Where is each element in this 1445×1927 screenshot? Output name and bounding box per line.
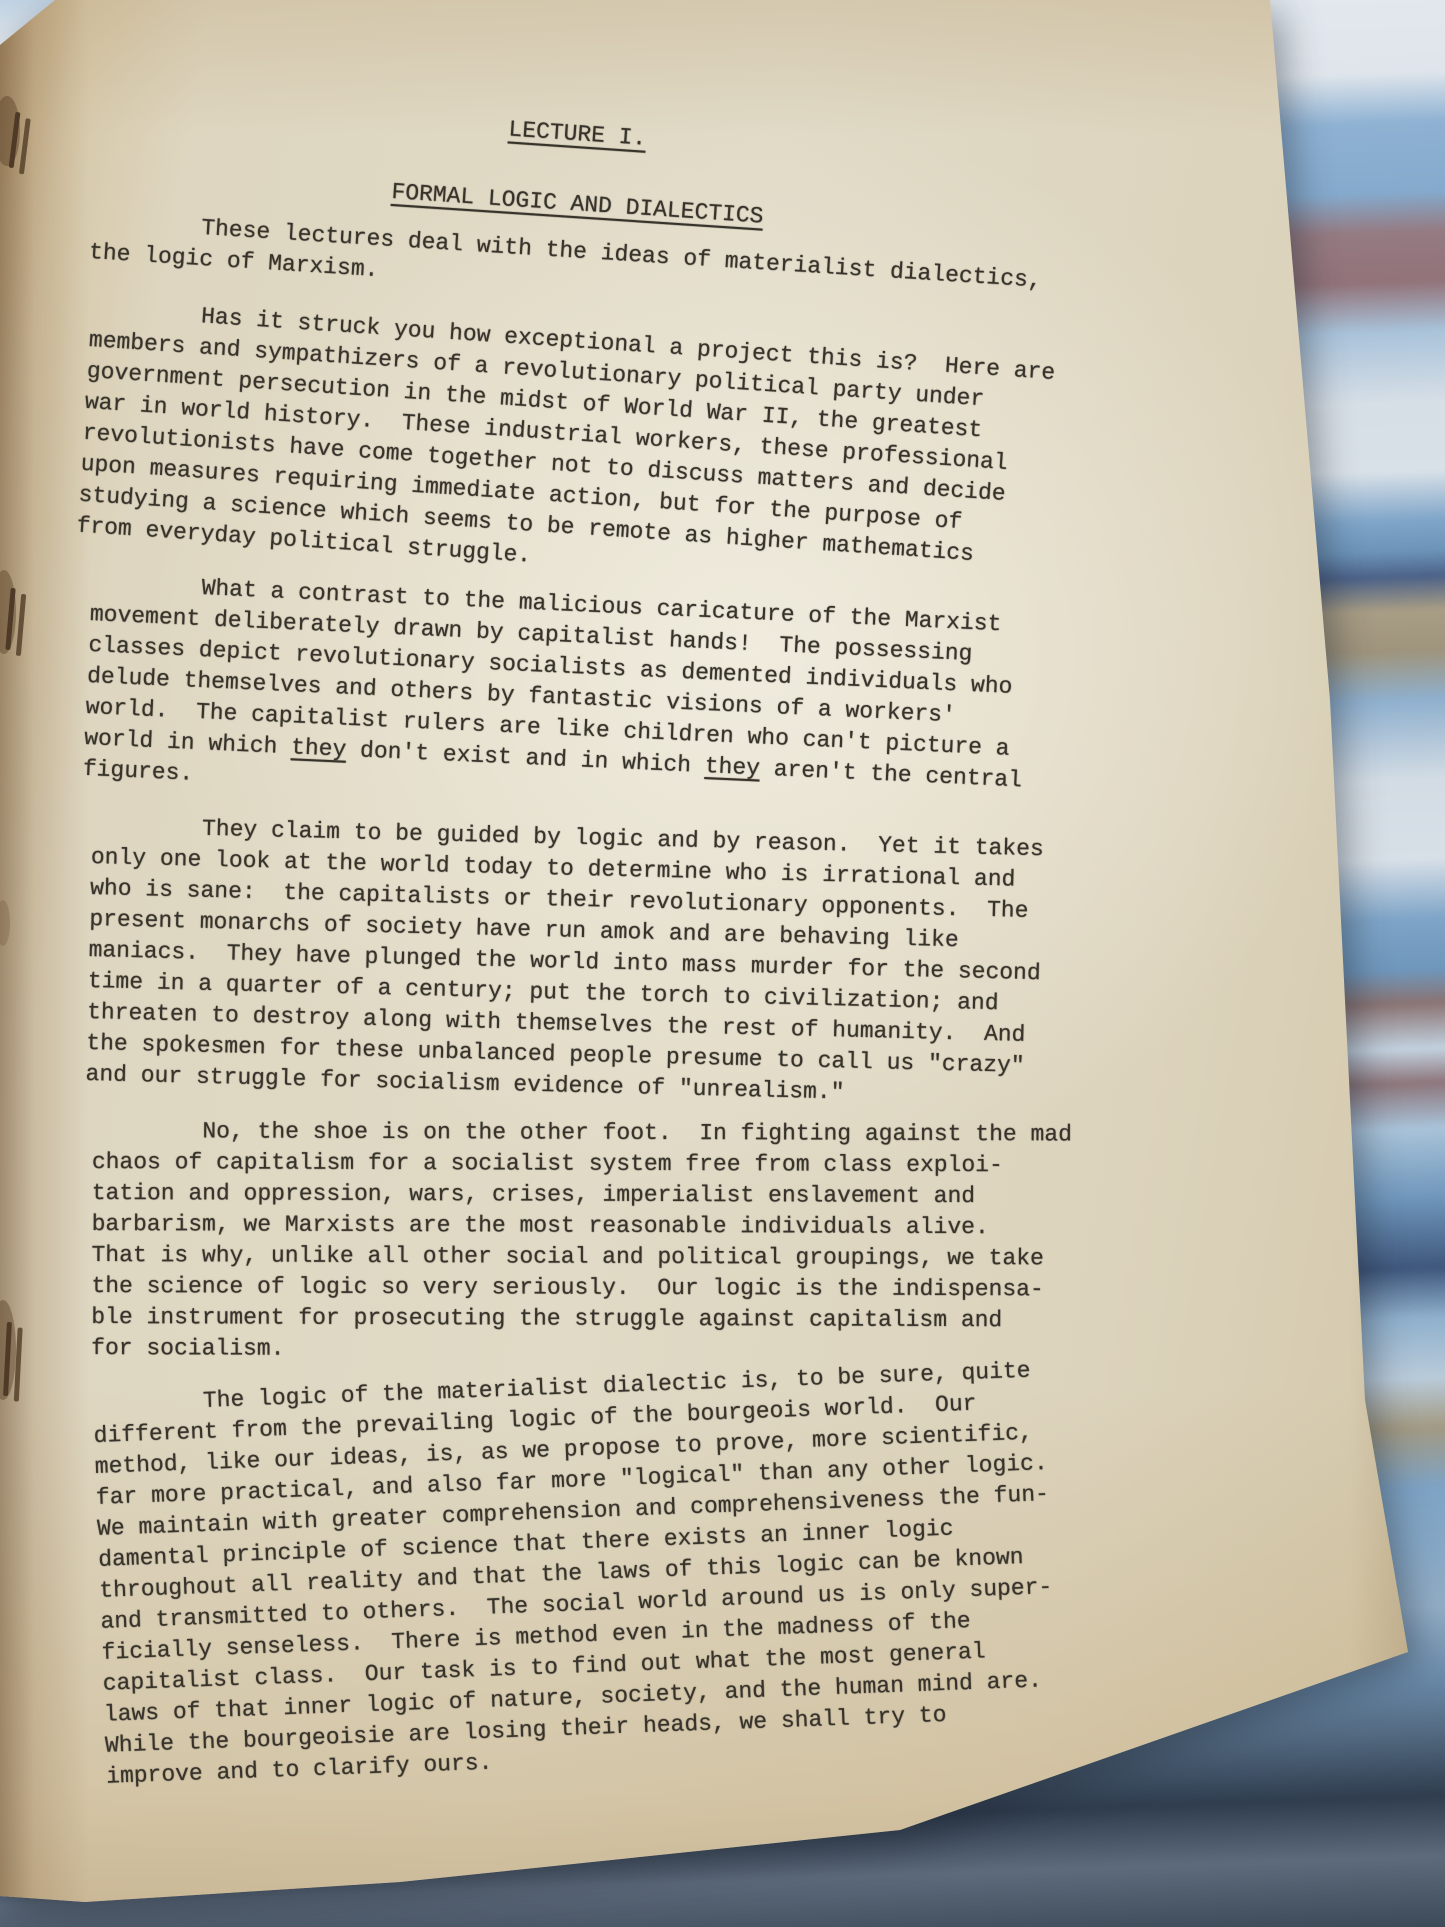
- paragraph-3: What a contrast to the malicious caricat…: [82, 568, 1101, 831]
- paragraph-4: They claim to be guided by logic and by …: [85, 811, 1102, 1115]
- paper-page-wrapper: LECTURE I. FORMAL LOGIC AND DIALECTICS T…: [0, 0, 1445, 1927]
- typewritten-text: LECTURE I. FORMAL LOGIC AND DIALECTICS T…: [92, 86, 1102, 1793]
- paper-page: LECTURE I. FORMAL LOGIC AND DIALECTICS T…: [0, 0, 1445, 1927]
- photographed-document: LECTURE I. FORMAL LOGIC AND DIALECTICS T…: [0, 0, 1445, 1927]
- paragraph-2: Has it struck you how exceptional a proj…: [76, 294, 1100, 608]
- paragraph-5: No, the shoe is on the other foot. In fi…: [91, 1116, 1102, 1368]
- paragraph-6: The logic of the materialist dialectic i…: [92, 1353, 1116, 1793]
- torn-edge-mark: [0, 900, 10, 946]
